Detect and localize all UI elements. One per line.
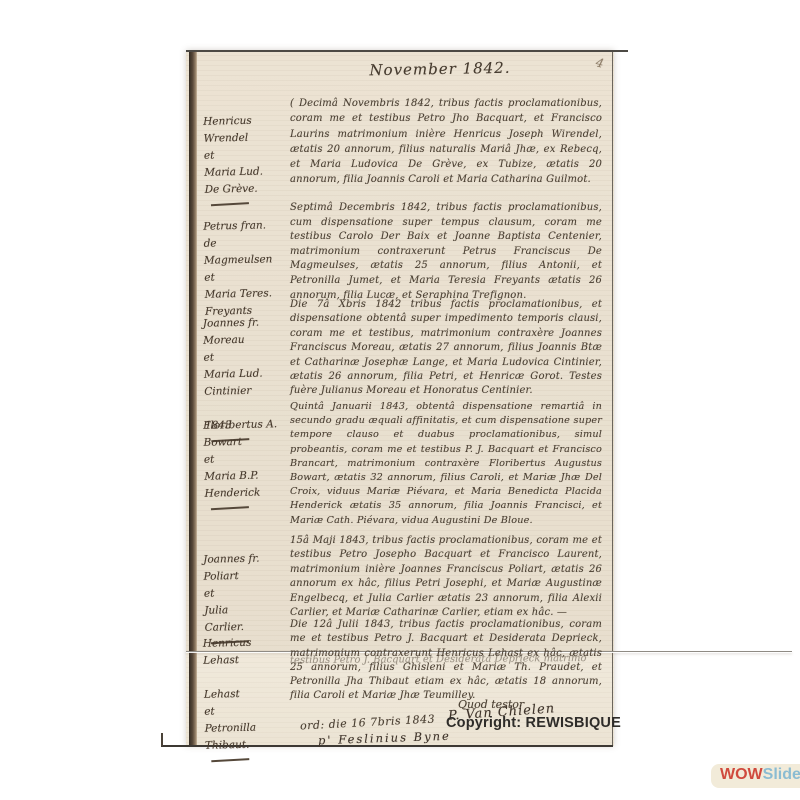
register-entry: Floribertus A. Bowart et Maria B.P. Hend… <box>196 400 610 528</box>
margin-name-text: Henricus Lehast Lehast et Petronilla Thi… <box>203 637 256 752</box>
entry-text: Quintâ Januarii 1843, obtentâ dispensati… <box>284 400 610 528</box>
entry-text: Die 12â Julii 1843, tribus factis procla… <box>284 618 610 778</box>
margin-underline <box>211 506 249 510</box>
page-right-border <box>612 52 613 746</box>
wowslider-slider-text: Slider <box>763 766 800 783</box>
wowslider-wow-text: WOW <box>720 766 763 783</box>
entry-margin-names: Henricus Lehast Lehast et Petronilla Thi… <box>194 617 285 779</box>
scanned-document-view: November 1842. 4 Henricus Wrendel et Mar… <box>0 0 800 800</box>
copyright-watermark: Copyright: REWISBIQUE <box>446 715 621 731</box>
page-heading: November 1842. <box>340 58 540 79</box>
underlying-page-corner <box>161 733 163 746</box>
entry-margin-names: Floribertus A. Bowart et Maria B.P. Hend… <box>195 399 286 529</box>
margin-name-text: Floribertus A. Bowart et Maria B.P. Hend… <box>203 418 277 500</box>
scan-ghost-line: testibus Petro J. Bacquart et Desiderata… <box>290 653 606 666</box>
margin-name-text: Henricus Wrendel et Maria Lud. De Grève. <box>203 115 263 196</box>
wowslider-watermark[interactable]: WOWSlider <box>711 764 800 788</box>
margin-underline <box>211 758 249 762</box>
register-entry: Henricus Lehast Lehast et Petronilla Thi… <box>196 618 610 778</box>
page-top-border <box>186 50 628 52</box>
